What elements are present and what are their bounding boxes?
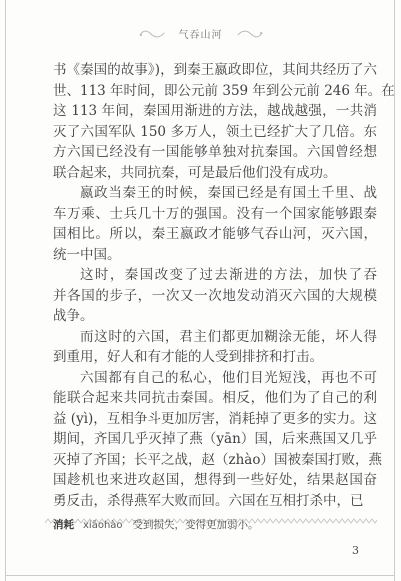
text-line: 能联合起来共同抗击秦国。相反，他们为了自己的利 [53, 388, 377, 409]
text-line: 方六国已经没有一国能够单独对抗秦国。六国曾经想 [53, 142, 377, 163]
swirl-ornament-left-icon [139, 29, 165, 39]
text-line: 灭掉了齐国；长平之战，赵（zhào）国被秦国打败，燕 [53, 450, 377, 471]
text-line: 战争。 [53, 306, 377, 327]
page-number: 3 [352, 544, 359, 557]
text-line: 到重用，好人和有才能的人受到排挤和打击。 [53, 347, 377, 368]
text-line: 这时，秦国改变了过去渐进的方法，加快了吞 [53, 265, 377, 286]
book-page: 气吞山河 书《秦国的故事》)，到秦王嬴政即位，其间共经历了六世、113 年时间，… [0, 0, 401, 581]
text-line: 联合起来，共同抗秦，可是最后他们没有成功。 [53, 163, 377, 184]
page-edge-bottom [5, 575, 395, 576]
text-line: 并各国的步子，一次又一次地发动消灭六国的大规模 [53, 286, 377, 307]
footnote-definition: 受到损失，变得更加弱小。 [133, 519, 259, 531]
text-line: 而这时的六国，君主们都更加糊涂无能，坏人得 [53, 327, 377, 348]
footnote-pinyin: xiāohào [83, 520, 123, 531]
footnote: 消耗xiāohào受到损失，变得更加弱小。 [53, 518, 377, 533]
text-line: 国趁机也来进攻赵国，想得到一些好处，结果赵国奋 [53, 470, 377, 491]
body-text: 书《秦国的故事》)，到秦王嬴政即位，其间共经历了六世、113 年时间，即公元前 … [53, 60, 377, 511]
footnote-term: 消耗 [53, 519, 74, 531]
text-line: 嬴政当秦王的时候，秦国已经是有国土千里、战 [53, 183, 377, 204]
page-edge-left [5, 0, 6, 581]
text-line: 灭了六国军队 150 多万人，领土已经扩大了几倍。东 [53, 122, 377, 143]
text-line: 勇反击，杀得燕军大败而回。六国在互相打杀中，已 [53, 491, 377, 512]
text-line: 统一中国。 [53, 245, 377, 266]
page-header: 气吞山河 [0, 26, 401, 41]
text-line: 世、113 年时间，即公元前 359 年到公元前 246 年。在 [53, 81, 377, 102]
text-line: 六国都有自己的私心，他们目光短浅，再也不可 [53, 368, 377, 389]
text-line: 车万乘、士兵几十万的强国。没有一个国家能够跟秦 [53, 204, 377, 225]
text-line: 益 (yì)，互相争斗更加厉害，消耗掉了更多的实力。这 [53, 409, 377, 430]
footnote-divider-ornament [45, 509, 377, 515]
text-line: 国相比。所以，秦王嬴政才能够气吞山河，灭六国， [53, 224, 377, 245]
text-line: 这 113 年间，秦国用渐进的方法，越战越强，一共消 [53, 101, 377, 122]
text-line: 期间，齐国几乎灭掉了燕（yān）国，后来燕国又几乎 [53, 429, 377, 450]
swirl-ornament-right-icon [237, 29, 263, 39]
running-header-title: 气吞山河 [179, 26, 223, 41]
text-line: 书《秦国的故事》)，到秦王嬴政即位，其间共经历了六 [53, 60, 377, 81]
